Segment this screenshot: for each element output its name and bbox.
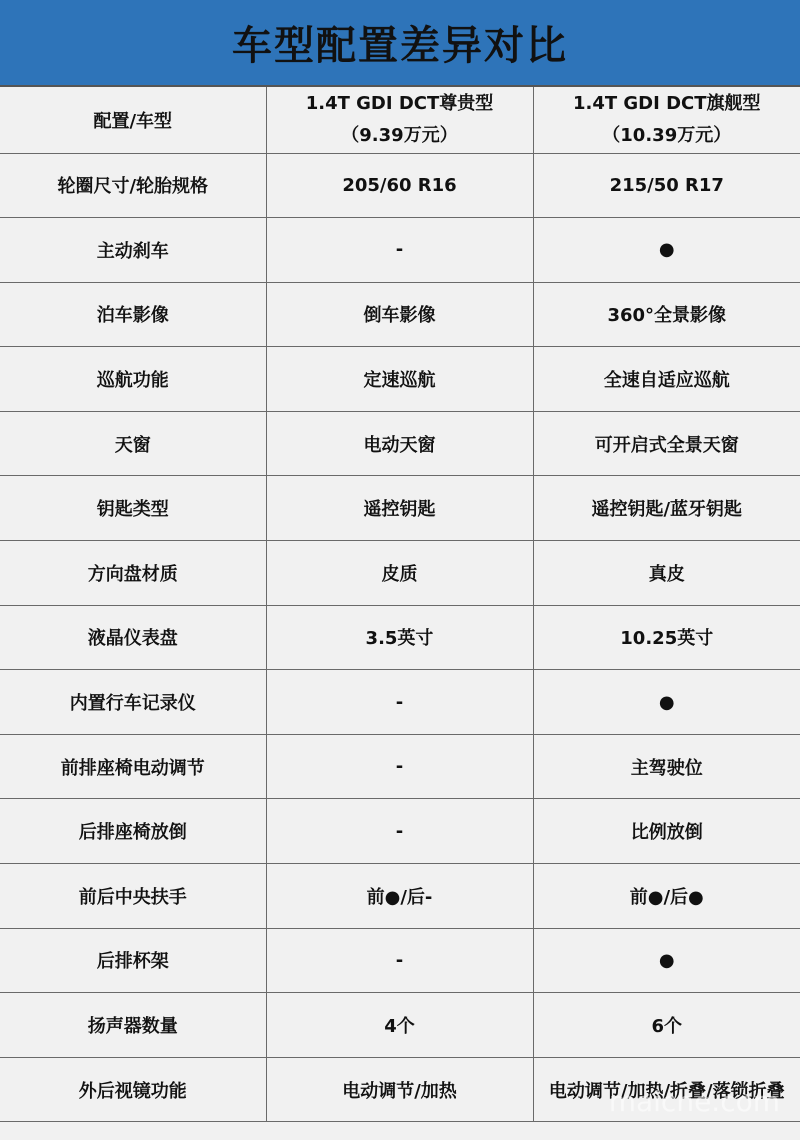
model-b-value: 前●/后● bbox=[533, 864, 800, 929]
model-a-value: 遥控钥匙 bbox=[266, 476, 533, 541]
comparison-page: 车型配置差异对比 配置/车型 1.4T GDI DCT尊贵型 （9.39万元） … bbox=[0, 0, 800, 1122]
feature-label: 方向盘材质 bbox=[0, 541, 266, 606]
table-row: 液晶仪表盘 3.5英寸 10.25英寸 bbox=[0, 605, 800, 670]
model-b-value: 遥控钥匙/蓝牙钥匙 bbox=[533, 476, 800, 541]
model-a-value: 皮质 bbox=[266, 541, 533, 606]
feature-label: 主动刹车 bbox=[0, 218, 266, 283]
page-title: 车型配置差异对比 bbox=[232, 14, 568, 71]
model-b-value: 可开启式全景天窗 bbox=[533, 411, 800, 476]
model-b-value: 真皮 bbox=[533, 541, 800, 606]
model-a-value: 4个 bbox=[266, 993, 533, 1058]
feature-label: 天窗 bbox=[0, 411, 266, 476]
model-a-value: 电动调节/加热 bbox=[266, 1057, 533, 1122]
model-a-value: 倒车影像 bbox=[266, 282, 533, 347]
model-a-value: - bbox=[266, 734, 533, 799]
model-b-price: （10.39万元） bbox=[534, 120, 800, 152]
feature-label: 泊车影像 bbox=[0, 282, 266, 347]
table-row: 后排座椅放倒 - 比例放倒 bbox=[0, 799, 800, 864]
model-a-name: 1.4T GDI DCT尊贵型 bbox=[267, 88, 533, 120]
model-b-value: ● bbox=[533, 218, 800, 283]
model-b-value: 360°全景影像 bbox=[533, 282, 800, 347]
feature-label: 后排座椅放倒 bbox=[0, 799, 266, 864]
feature-label: 液晶仪表盘 bbox=[0, 605, 266, 670]
table-row: 主动刹车 - ● bbox=[0, 218, 800, 283]
model-a-value: 前●/后- bbox=[266, 864, 533, 929]
table-row: 天窗 电动天窗 可开启式全景天窗 bbox=[0, 411, 800, 476]
model-b-value: ● bbox=[533, 928, 800, 993]
table-row: 轮圈尺寸/轮胎规格 205/60 R16 215/50 R17 bbox=[0, 153, 800, 218]
table-row: 内置行车记录仪 - ● bbox=[0, 670, 800, 735]
table-row: 前排座椅电动调节 - 主驾驶位 bbox=[0, 734, 800, 799]
feature-label: 轮圈尺寸/轮胎规格 bbox=[0, 153, 266, 218]
model-a-value: 电动天窗 bbox=[266, 411, 533, 476]
model-b-value: 电动调节/加热/折叠/落锁折叠 bbox=[533, 1057, 800, 1122]
model-b-value: 215/50 R17 bbox=[533, 153, 800, 218]
model-a-value: - bbox=[266, 799, 533, 864]
feature-label: 巡航功能 bbox=[0, 347, 266, 412]
table-row: 方向盘材质 皮质 真皮 bbox=[0, 541, 800, 606]
table-row: 前后中央扶手 前●/后- 前●/后● bbox=[0, 864, 800, 929]
model-a-value: - bbox=[266, 670, 533, 735]
model-b-name: 1.4T GDI DCT旗舰型 bbox=[534, 88, 800, 120]
comparison-table: 配置/车型 1.4T GDI DCT尊贵型 （9.39万元） 1.4T GDI … bbox=[0, 87, 800, 1122]
feature-label: 扬声器数量 bbox=[0, 993, 266, 1058]
model-b-value: 10.25英寸 bbox=[533, 605, 800, 670]
table-row: 外后视镜功能 电动调节/加热 电动调节/加热/折叠/落锁折叠 bbox=[0, 1057, 800, 1122]
feature-label: 钥匙类型 bbox=[0, 476, 266, 541]
model-b-value: 主驾驶位 bbox=[533, 734, 800, 799]
model-b-value: ● bbox=[533, 670, 800, 735]
title-bar: 车型配置差异对比 bbox=[0, 0, 800, 87]
header-model-b: 1.4T GDI DCT旗舰型 （10.39万元） bbox=[533, 87, 800, 153]
model-a-value: - bbox=[266, 218, 533, 283]
model-a-price: （9.39万元） bbox=[267, 120, 533, 152]
table-row: 巡航功能 定速巡航 全速自适应巡航 bbox=[0, 347, 800, 412]
model-b-value: 6个 bbox=[533, 993, 800, 1058]
header-model-a: 1.4T GDI DCT尊贵型 （9.39万元） bbox=[266, 87, 533, 153]
table-row: 后排杯架 - ● bbox=[0, 928, 800, 993]
model-a-value: - bbox=[266, 928, 533, 993]
model-a-value: 205/60 R16 bbox=[266, 153, 533, 218]
feature-label: 前排座椅电动调节 bbox=[0, 734, 266, 799]
table-header-row: 配置/车型 1.4T GDI DCT尊贵型 （9.39万元） 1.4T GDI … bbox=[0, 87, 800, 153]
feature-label: 前后中央扶手 bbox=[0, 864, 266, 929]
model-a-value: 定速巡航 bbox=[266, 347, 533, 412]
model-b-value: 全速自适应巡航 bbox=[533, 347, 800, 412]
header-config-label: 配置/车型 bbox=[0, 87, 266, 153]
table-row: 扬声器数量 4个 6个 bbox=[0, 993, 800, 1058]
model-a-value: 3.5英寸 bbox=[266, 605, 533, 670]
table-row: 泊车影像 倒车影像 360°全景影像 bbox=[0, 282, 800, 347]
table-row: 钥匙类型 遥控钥匙 遥控钥匙/蓝牙钥匙 bbox=[0, 476, 800, 541]
feature-label: 外后视镜功能 bbox=[0, 1057, 266, 1122]
model-b-value: 比例放倒 bbox=[533, 799, 800, 864]
feature-label: 后排杯架 bbox=[0, 928, 266, 993]
feature-label: 内置行车记录仪 bbox=[0, 670, 266, 735]
